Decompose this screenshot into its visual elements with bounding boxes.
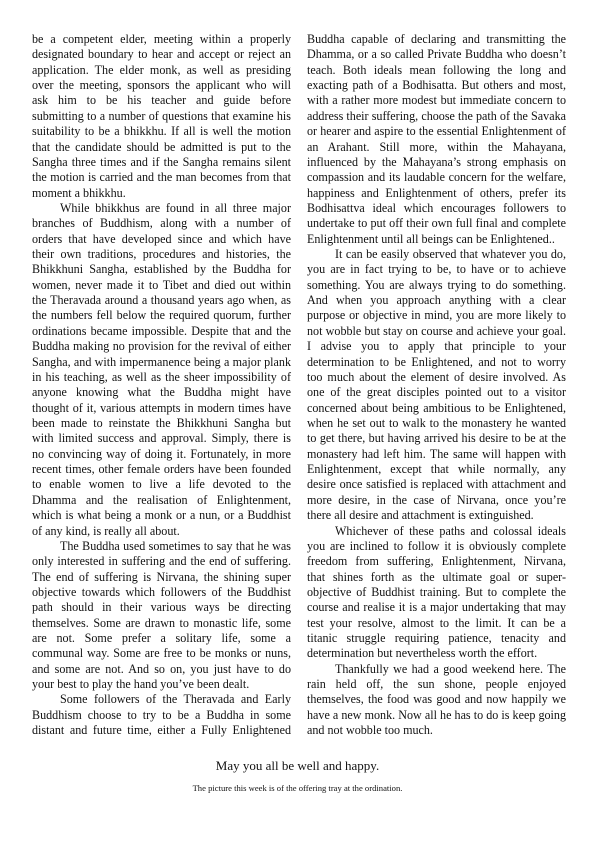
text-line: exacting path of a Bodhisatta. But other… xyxy=(307,78,566,93)
text-line: And when you approach anything with a cl… xyxy=(307,293,566,308)
text-line: Enlightenment until all beings can be En… xyxy=(307,232,566,247)
text-line: no convincing way of doing it. Fortunate… xyxy=(32,447,291,462)
text-line: determination to be Enlightened, and not… xyxy=(307,355,566,370)
text-line: objective towards which followers of the… xyxy=(32,585,291,600)
text-line: their own traditions, procedures and his… xyxy=(32,247,291,262)
text-line: of any kind, is really all about. xyxy=(32,524,291,539)
text-line: Buddha making no provision for the reviv… xyxy=(32,339,291,354)
closing-blessing: May you all be well and happy. xyxy=(0,758,595,774)
text-line: the motion is carried and the man become… xyxy=(32,170,291,185)
text-line: themselves, the food was good and now ha… xyxy=(307,692,566,707)
text-line: branches of Buddhism, along with a numbe… xyxy=(32,216,291,231)
text-line: only interested in suffering and the end… xyxy=(32,554,291,569)
text-line: women, never made it to Tibet and died o… xyxy=(32,278,291,293)
text-line: Sangha, and with impermanence being a ma… xyxy=(32,355,291,370)
text-line: concerned about being ambitious to be En… xyxy=(307,401,566,416)
picture-caption: The picture this week is of the offering… xyxy=(0,782,595,794)
text-line: course and realise it is a major underta… xyxy=(307,600,566,615)
text-line: when he set out to walk to the monastery… xyxy=(307,416,566,431)
text-line: Dhamma and the realisation of Enlightenm… xyxy=(32,493,291,508)
text-line: the numbers fell below the required quor… xyxy=(32,308,291,323)
text-line: address their suffering, choose the path… xyxy=(307,109,566,124)
text-line: themselves. Some are drawn to monastic l… xyxy=(32,616,291,631)
text-line: or hearer and aspire to the essential En… xyxy=(307,124,566,139)
text-line: in his teaching, as well as the sheer im… xyxy=(32,370,291,385)
text-line: Buddhism choose to try to be a Buddha in… xyxy=(32,708,291,723)
text-line: distant and future time, either a Fully … xyxy=(32,723,291,738)
text-line: moment a bhikkhu. xyxy=(32,186,291,201)
text-line: Enlightenment, except that while normall… xyxy=(307,462,566,477)
text-line: that shines forth as the ultimate goal o… xyxy=(307,570,566,585)
text-line: determination but nevertheless worth the… xyxy=(307,646,566,661)
text-line: monastery had left him. The same will ha… xyxy=(307,447,566,462)
text-line: ordinations became impossible. Despite t… xyxy=(32,324,291,339)
text-line: thought of it, various attempts in moder… xyxy=(32,401,291,416)
text-line: It can be easily observed that whatever … xyxy=(307,247,566,262)
text-line: have a new monk. Now all he has to do is… xyxy=(307,708,566,723)
text-line: not wobble but stay on course and achiev… xyxy=(307,324,566,339)
text-line: to get there, but having arrived his des… xyxy=(307,431,566,446)
text-line: orders that have developed since and whi… xyxy=(32,232,291,247)
document-page: be a competent elder, meeting within a p… xyxy=(0,0,595,842)
text-line: Bodhisattva ideal which encourages follo… xyxy=(307,201,566,216)
text-line: designated boundary to hear and accept o… xyxy=(32,47,291,62)
text-line: undertake to put off their own full fina… xyxy=(307,216,566,231)
text-line: too much about the element of desire inv… xyxy=(307,370,566,385)
text-line: you are in fact trying to be, to have or… xyxy=(307,262,566,277)
text-line: purpose or objective in mind, you are mo… xyxy=(307,308,566,323)
text-line: teach. Both ideals mean following the lo… xyxy=(307,63,566,78)
text-line: one of the great disciples pointed out t… xyxy=(307,385,566,400)
text-line: that the candidate should be admitted is… xyxy=(32,140,291,155)
text-line: Buddha capable of declaring and transmit… xyxy=(307,32,566,47)
text-line: your best to play the hand you’ve been d… xyxy=(32,677,291,692)
text-line: Some followers of the Theravada and Earl… xyxy=(32,692,291,707)
text-line: freedom from suffering, Enlightenment, N… xyxy=(307,554,566,569)
text-line: I advise you to apply that principle to … xyxy=(307,339,566,354)
text-line: and not wobble too much. xyxy=(307,723,566,738)
text-line: be a competent elder, meeting within a p… xyxy=(32,32,291,47)
text-line: objective of Buddhist training. But to c… xyxy=(307,585,566,600)
text-line: path should in their various ways be dir… xyxy=(32,600,291,615)
text-line: Thankfully we had a good weekend here. T… xyxy=(307,662,566,677)
left-text-column: be a competent elder, meeting within a p… xyxy=(32,32,291,739)
text-line: are not. Some prefer a solitary life, so… xyxy=(32,631,291,646)
text-line: While bhikkhus are found in all three ma… xyxy=(32,201,291,216)
text-line: Bhikkhuni Sangha, established by the Bud… xyxy=(32,262,291,277)
text-line: been made to reinstate the Bhikkhuni San… xyxy=(32,416,291,431)
text-line: and some are not. And so on, you just ha… xyxy=(32,662,291,677)
text-line: the Theravada around a thousand years ag… xyxy=(32,293,291,308)
text-line: titanic struggle requiring patience, ten… xyxy=(307,631,566,646)
text-line: test your resolve, almost to the limit. … xyxy=(307,616,566,631)
text-line: application. The elder monk, as well as … xyxy=(32,63,291,78)
text-line: submitting to a number of questions that… xyxy=(32,109,291,124)
text-line: to enable women to live a life devoted t… xyxy=(32,477,291,492)
text-line: you are inclined to follow it is obvious… xyxy=(307,539,566,554)
text-line: suitability to be a bhikkhu. If all is w… xyxy=(32,124,291,139)
text-line: over the meeting, sponsors the applicant… xyxy=(32,78,291,93)
text-line: Sangha three times and if the Sangha rem… xyxy=(32,155,291,170)
text-line: happiness and Enlightenment of others, p… xyxy=(307,186,566,201)
text-line: The end of suffering is Nirvana, the shi… xyxy=(32,570,291,585)
text-line: there all desire and attachment is extin… xyxy=(307,508,566,523)
text-line: rain held off, the sun shone, people enj… xyxy=(307,677,566,692)
text-line: ask him to be his teacher and guide befo… xyxy=(32,93,291,108)
text-line: influenced by the Mahayana’s strong emph… xyxy=(307,155,566,170)
text-line: Whichever of these paths and colossal id… xyxy=(307,524,566,539)
text-line: an Arahant. Still more, within the Mahay… xyxy=(307,140,566,155)
text-line: compassion and its laudable concern for … xyxy=(307,170,566,185)
text-line: which is what being a monk or a nun, or … xyxy=(32,508,291,523)
text-line: with a rather more modest but immediate … xyxy=(307,93,566,108)
text-line: more desire, in the case of Nirvana, onc… xyxy=(307,493,566,508)
text-line: anyone knowing what the Buddha might hav… xyxy=(32,385,291,400)
text-line: something. You are always trying to do s… xyxy=(307,278,566,293)
text-line: desire once satisfied is replaced with a… xyxy=(307,477,566,492)
text-line: The Buddha used sometimes to say that he… xyxy=(32,539,291,554)
text-line: recent times, other female orders have b… xyxy=(32,462,291,477)
text-line: with limited success and approval. Simpl… xyxy=(32,431,291,446)
right-text-column: Buddha capable of declaring and transmit… xyxy=(307,32,566,739)
text-line: communal way. Some are free to be monks … xyxy=(32,646,291,661)
text-line: Dhamma, or a so called Private Buddha wh… xyxy=(307,47,566,62)
